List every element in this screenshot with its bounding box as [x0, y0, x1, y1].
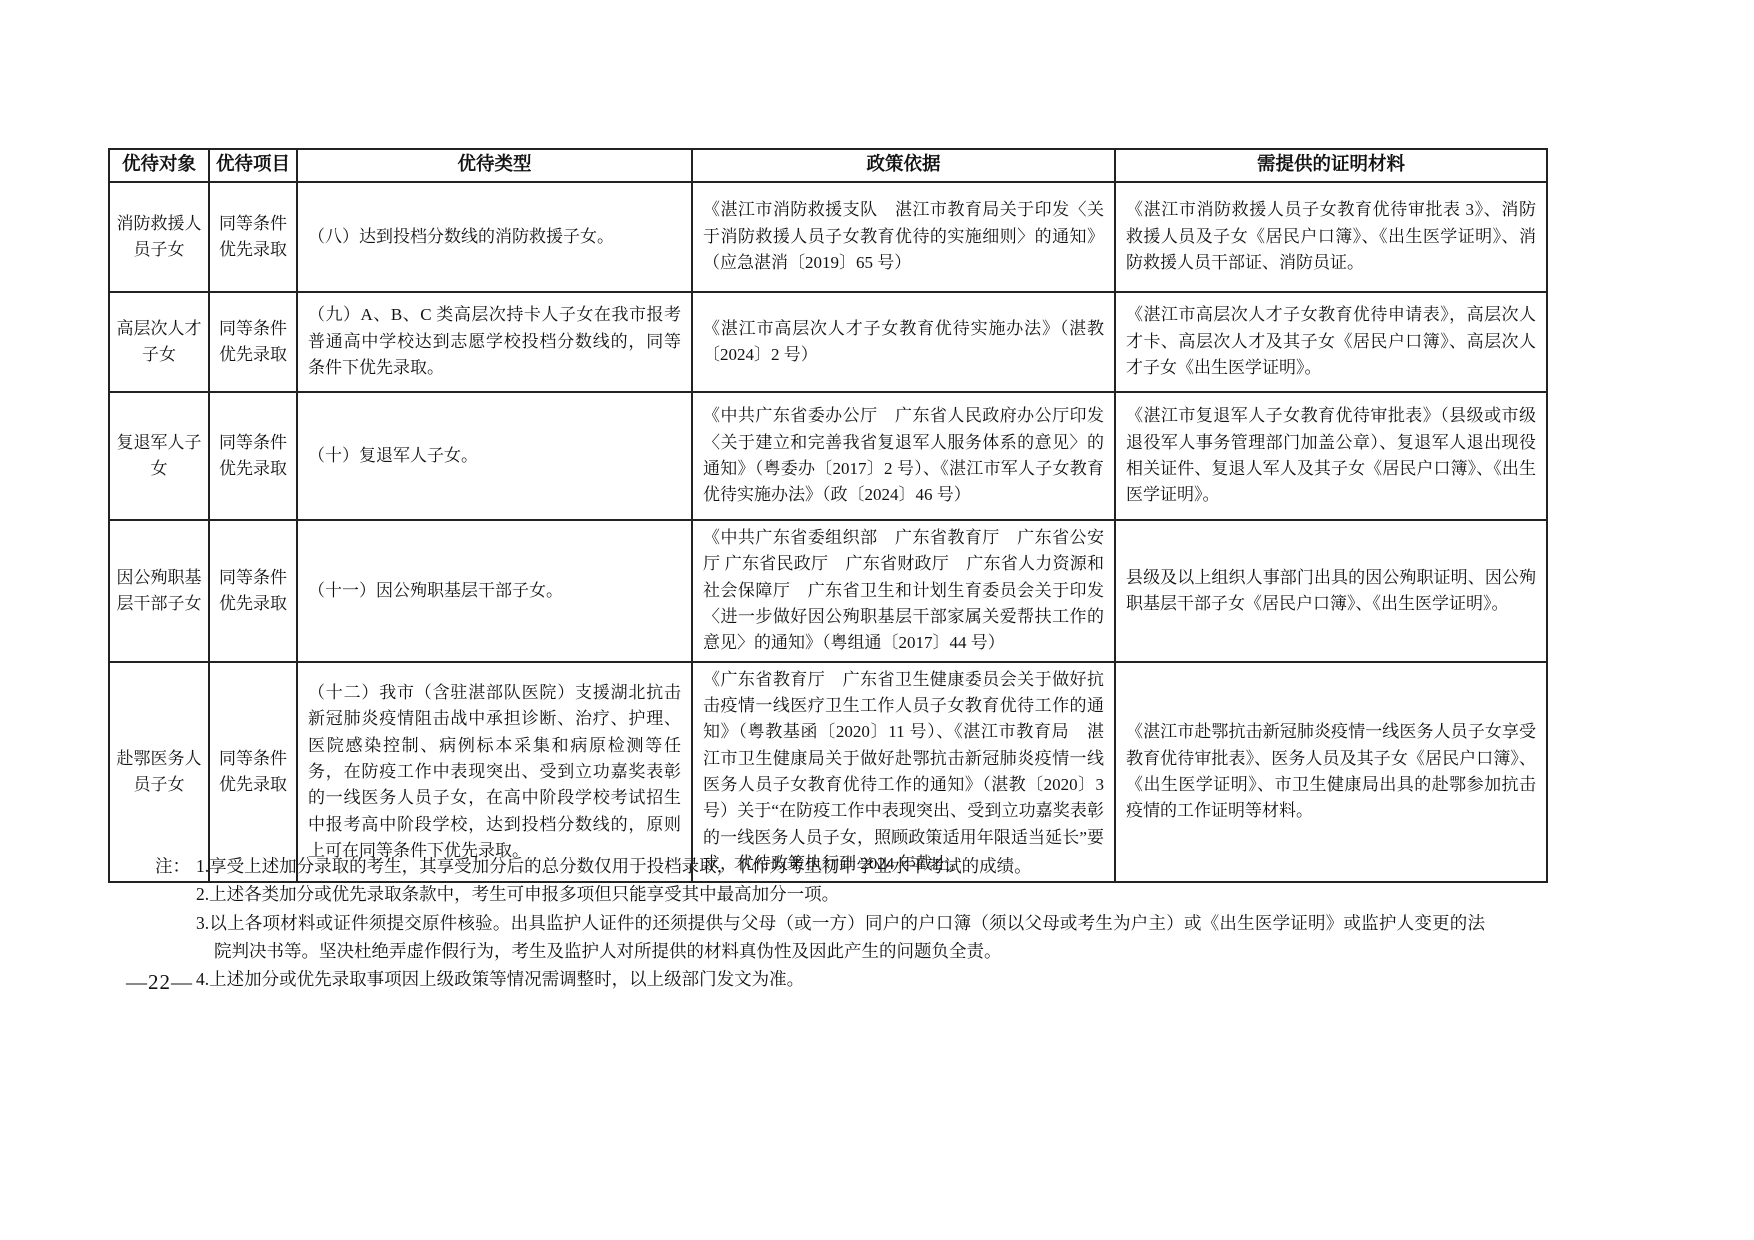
cell-policy: 《湛江市高层次人才子女教育优待实施办法》（湛教〔2024〕2 号） — [692, 292, 1115, 392]
cell-item: 同等条件优先录取 — [209, 292, 297, 392]
header-item: 优待项目 — [209, 149, 297, 182]
cell-item: 同等条件优先录取 — [209, 520, 297, 662]
notes-label: 注： — [155, 852, 190, 880]
cell-type: （九）A、B、C 类高层次持卡人子女在我市报考普通高中学校达到志愿学校投档分数线… — [297, 292, 692, 392]
header-policy: 政策依据 — [692, 149, 1115, 182]
cell-policy: 《湛江市消防救援支队 湛江市教育局关于印发〈关于消防救援人员子女教育优待的实施细… — [692, 182, 1115, 292]
header-materials: 需提供的证明材料 — [1115, 149, 1547, 182]
cell-item: 同等条件优先录取 — [209, 662, 297, 883]
header-type: 优待类型 — [297, 149, 692, 182]
cell-target: 高层次人才子女 — [109, 292, 209, 392]
cell-policy: 《广东省教育厅 广东省卫生健康委员会关于做好抗击疫情一线医疗卫生工作人员子女教育… — [692, 662, 1115, 883]
page-number: —22— — [126, 970, 193, 995]
cell-type: （十一）因公殉职基层干部子女。 — [297, 520, 692, 662]
table-row: 因公殉职基层干部子女 同等条件优先录取 （十一）因公殉职基层干部子女。 《中共广… — [109, 520, 1547, 662]
cell-item: 同等条件优先录取 — [209, 392, 297, 520]
table-row: 赴鄂医务人员子女 同等条件优先录取 （十二）我市（含驻湛部队医院）支援湖北抗击新… — [109, 662, 1547, 883]
cell-target: 赴鄂医务人员子女 — [109, 662, 209, 883]
note-item: 1.享受上述加分录取的考生，其享受加分后的总分数仅用于投档录取，不作为考生初中学… — [196, 852, 1485, 880]
note-items: 1.享受上述加分录取的考生，其享受加分后的总分数仅用于投档录取，不作为考生初中学… — [196, 852, 1485, 994]
cell-materials: 县级及以上组织人事部门出具的因公殉职证明、因公殉职基层干部子女《居民户口簿》、《… — [1115, 520, 1547, 662]
cell-type: （十二）我市（含驻湛部队医院）支援湖北抗击新冠肺炎疫情阻击战中承担诊断、治疗、护… — [297, 662, 692, 883]
footnotes: 注： 1.享受上述加分录取的考生，其享受加分后的总分数仅用于投档录取，不作为考生… — [155, 852, 1485, 994]
note-item: 3.以上各项材料或证件须提交原件核验。出具监护人证件的还须提供与父母（或一方）同… — [196, 909, 1485, 966]
cell-target: 复退军人子女 — [109, 392, 209, 520]
cell-policy: 《中共广东省委办公厅 广东省人民政府办公厅印发〈关于建立和完善我省复退军人服务体… — [692, 392, 1115, 520]
preferential-policy-table: 优待对象 优待项目 优待类型 政策依据 需提供的证明材料 消防救援人员子女 同等… — [108, 148, 1548, 883]
table-row: 复退军人子女 同等条件优先录取 （十）复退军人子女。 《中共广东省委办公厅 广东… — [109, 392, 1547, 520]
header-target: 优待对象 — [109, 149, 209, 182]
table-row: 高层次人才子女 同等条件优先录取 （九）A、B、C 类高层次持卡人子女在我市报考… — [109, 292, 1547, 392]
cell-policy: 《中共广东省委组织部 广东省教育厅 广东省公安厅 广东省民政厅 广东省财政厅 广… — [692, 520, 1115, 662]
cell-target: 因公殉职基层干部子女 — [109, 520, 209, 662]
cell-materials: 《湛江市高层次人才子女教育优待申请表》，高层次人才卡、高层次人才及其子女《居民户… — [1115, 292, 1547, 392]
table-header-row: 优待对象 优待项目 优待类型 政策依据 需提供的证明材料 — [109, 149, 1547, 182]
cell-target: 消防救援人员子女 — [109, 182, 209, 292]
note-item: 4.上述加分或优先录取事项因上级政策等情况需调整时，以上级部门发文为准。 — [196, 965, 1485, 993]
cell-materials: 《湛江市赴鄂抗击新冠肺炎疫情一线医务人员子女享受教育优待审批表》、医务人员及其子… — [1115, 662, 1547, 883]
table-row: 消防救援人员子女 同等条件优先录取 （八）达到投档分数线的消防救援子女。 《湛江… — [109, 182, 1547, 292]
cell-materials: 《湛江市消防救援人员子女教育优待审批表 3》、消防救援人员及子女《居民户口簿》、… — [1115, 182, 1547, 292]
document-page: 优待对象 优待项目 优待类型 政策依据 需提供的证明材料 消防救援人员子女 同等… — [0, 0, 1754, 1240]
cell-materials: 《湛江市复退军人子女教育优待审批表》（县级或市级退役军人事务管理部门加盖公章）、… — [1115, 392, 1547, 520]
cell-item: 同等条件优先录取 — [209, 182, 297, 292]
cell-type: （八）达到投档分数线的消防救援子女。 — [297, 182, 692, 292]
cell-type: （十）复退军人子女。 — [297, 392, 692, 520]
note-item: 2.上述各类加分或优先录取条款中，考生可申报多项但只能享受其中最高加分一项。 — [196, 880, 1485, 908]
